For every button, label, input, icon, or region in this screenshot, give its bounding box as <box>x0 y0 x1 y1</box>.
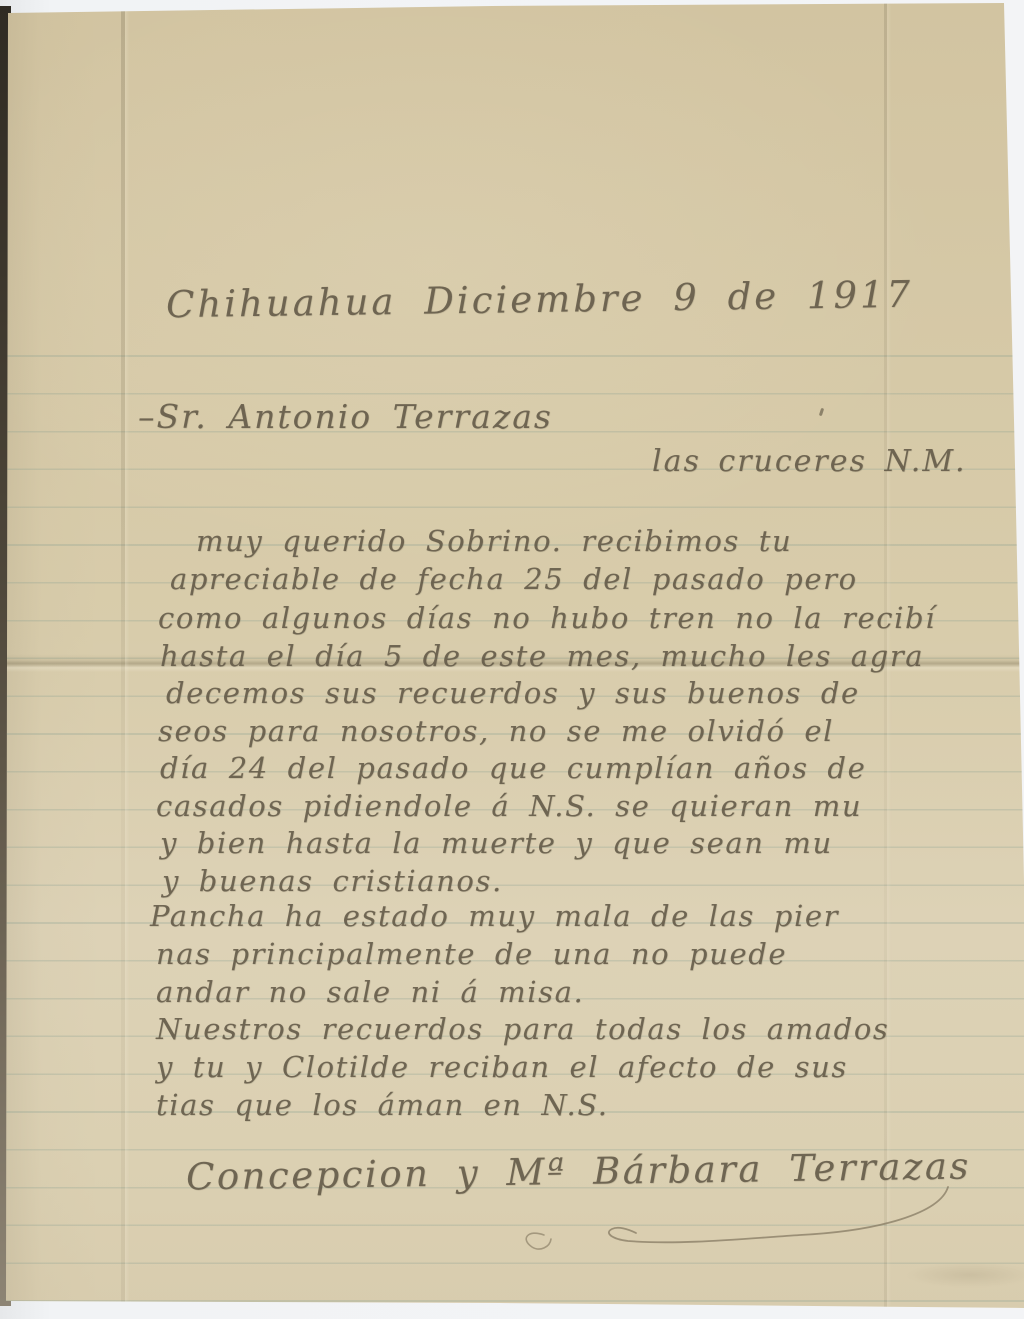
scanned-letter-page: Chihuahua Diciembre 9 de 1917 –Sr. Anton… <box>0 0 1024 1319</box>
letter-body-line: Nuestros recuerdos para todas los amados <box>156 1012 889 1046</box>
letter-body-line: y buenas cristianos. <box>162 864 503 898</box>
letter-body-line: casados pidiendole á N.S. se quieran mu <box>156 789 862 823</box>
signature-flourish <box>500 1183 960 1263</box>
letter-body-line: como algunos días no hubo tren no la rec… <box>158 601 936 635</box>
letter-body-line: y tu y Clotilde reciban el afecto de sus <box>156 1050 848 1084</box>
letter-body-line: decemos sus recuerdos y sus buenos de <box>166 676 860 710</box>
letter-body-line: día 24 del pasado que cumplían años de <box>160 751 866 785</box>
letter-body-line: Pancha ha estado muy mala de las pier <box>150 899 839 933</box>
letter-body-line: andar no sale ni á misa. <box>156 975 584 1009</box>
letter-paper: Chihuahua Diciembre 9 de 1917 –Sr. Anton… <box>0 0 1024 1319</box>
letter-body-line: hasta el día 5 de este mes, mucho les ag… <box>160 639 924 673</box>
letter-recipient-place: las cruceres N.M. <box>652 444 967 479</box>
letter-body-line: y bien hasta la muerte y que sean mu <box>160 826 833 860</box>
pencil-smudge <box>905 1262 1024 1288</box>
letter-body-line: tias que los áman en N.S. <box>156 1088 609 1122</box>
letter-body-line: nas principalmente de una no puede <box>156 937 787 971</box>
letter-body-line: seos para nosotros, no se me olvidó el <box>158 714 834 748</box>
letter-body-line: apreciable de fecha 25 del pasado pero <box>170 562 858 596</box>
letter-body-line: muy querido Sobrino. recibimos tu <box>196 524 792 558</box>
letter-recipient: –Sr. Antonio Terrazas <box>138 397 553 436</box>
vertical-fold-crease-left <box>121 10 125 1302</box>
